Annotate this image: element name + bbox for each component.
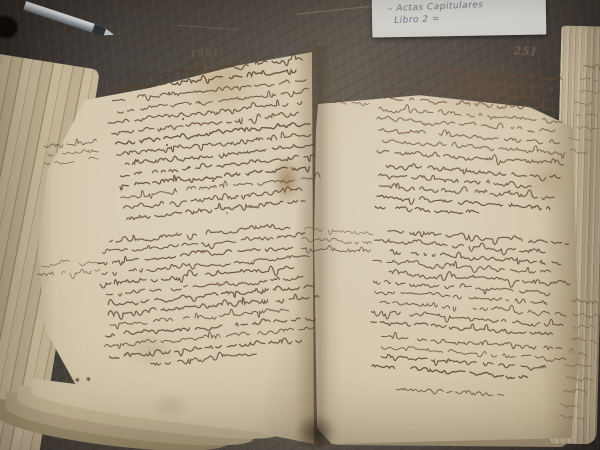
handwritten-line xyxy=(109,337,302,362)
handwritten-line xyxy=(373,255,551,277)
handwritten-line xyxy=(375,204,479,217)
handwritten-line xyxy=(571,337,596,344)
handwritten-line xyxy=(569,137,591,141)
ink-specks xyxy=(168,92,170,94)
handwritten-line xyxy=(108,282,314,309)
handwritten-line xyxy=(572,298,597,305)
handwritten-line xyxy=(104,323,314,350)
handwritten-line xyxy=(573,311,599,319)
left-margin-note-1 xyxy=(31,131,110,182)
handwritten-line xyxy=(390,247,561,267)
cross-mark: + xyxy=(202,63,211,75)
handwritten-line xyxy=(379,103,563,125)
handwritten-line xyxy=(380,83,550,105)
handwritten-line xyxy=(380,296,567,319)
handwritten-line xyxy=(37,268,100,281)
handwritten-line xyxy=(44,157,98,165)
handwritten-line xyxy=(574,101,592,106)
folio-number: 251 xyxy=(514,44,539,59)
handwritten-line xyxy=(381,354,550,373)
handwritten-line xyxy=(304,227,373,237)
right-margin-note-2 xyxy=(287,218,381,271)
handwritten-line xyxy=(396,387,509,398)
handwritten-line xyxy=(97,242,292,267)
handwritten-line xyxy=(573,323,596,331)
handwritten-line xyxy=(301,237,371,245)
right-margin-note-1 xyxy=(311,92,372,122)
handwritten-line xyxy=(373,277,550,298)
handwritten-line xyxy=(566,375,593,383)
handwritten-line xyxy=(379,180,554,202)
handwritten-line xyxy=(333,100,369,106)
handwritten-line xyxy=(108,291,320,320)
handwritten-line xyxy=(48,149,99,156)
handwritten-line xyxy=(375,288,547,306)
handwritten-line xyxy=(123,186,303,213)
handwritten-line xyxy=(583,62,600,69)
handwritten-line xyxy=(386,62,562,82)
handwritten-line xyxy=(41,257,101,268)
right-final-line xyxy=(379,378,518,415)
handwritten-line xyxy=(120,171,320,201)
handwritten-line xyxy=(576,112,596,117)
handwritten-line xyxy=(116,129,317,160)
handwritten-line xyxy=(580,77,597,82)
handwritten-line xyxy=(564,362,590,369)
handwritten-line xyxy=(301,244,370,257)
handwritten-line xyxy=(110,303,301,330)
left-paragraph-1 xyxy=(92,48,329,241)
handwritten-line xyxy=(379,72,553,92)
handwritten-line xyxy=(563,387,593,396)
left-margin-note-2 xyxy=(25,251,111,295)
photo-canvas: – Actas Capitulares Libro 2 = 1561 + 251… xyxy=(0,0,600,450)
handwritten-line xyxy=(560,403,584,410)
handwritten-line xyxy=(569,348,593,357)
handwritten-line xyxy=(579,90,600,95)
handwritten-line xyxy=(559,415,584,421)
handwritten-line xyxy=(150,349,256,367)
handwritten-line xyxy=(577,126,598,131)
handwritten-line xyxy=(44,137,97,148)
handwritten-line xyxy=(570,149,587,155)
handwritten-line xyxy=(377,115,555,135)
handwritten-line xyxy=(381,344,566,362)
